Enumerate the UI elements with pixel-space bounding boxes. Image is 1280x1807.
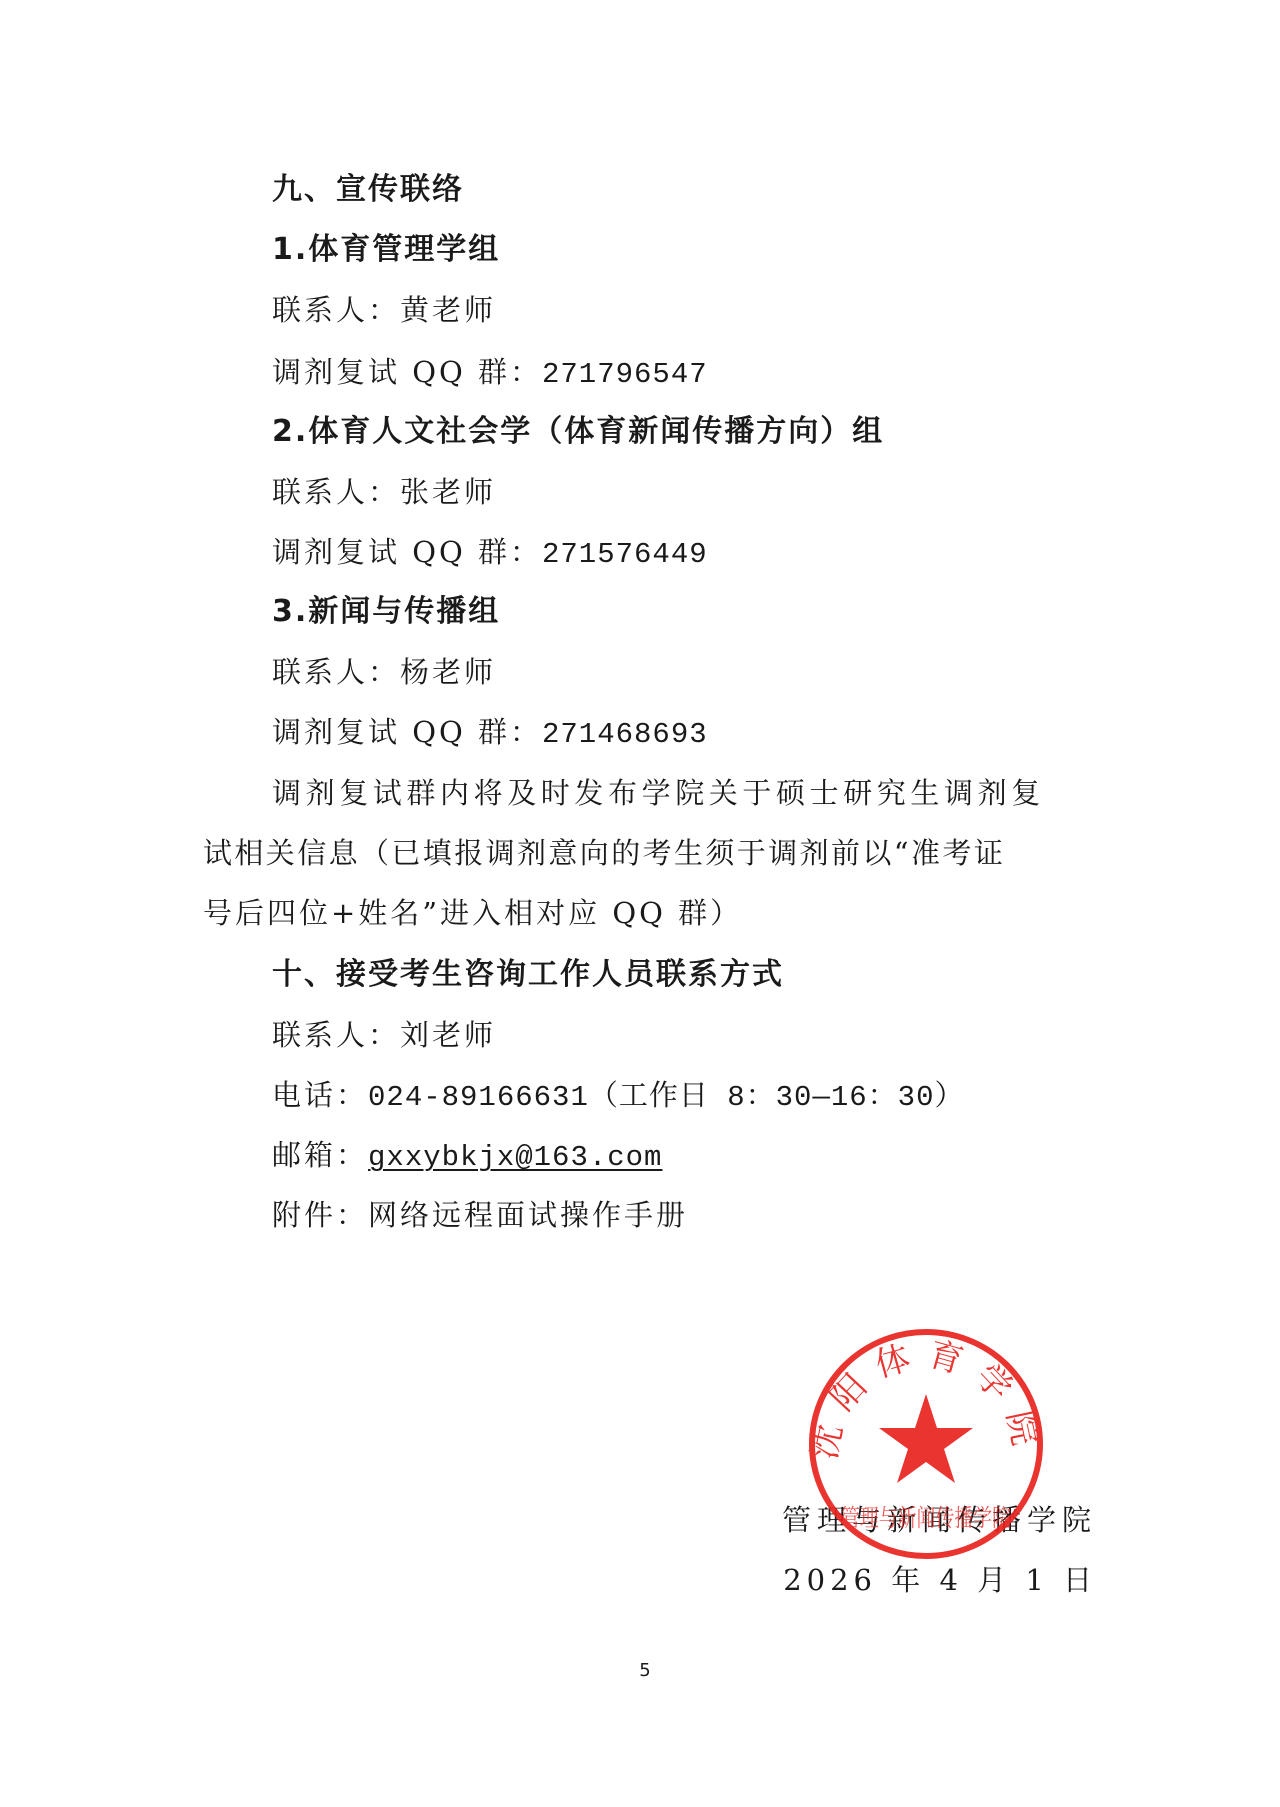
attachment-label: 附件： (272, 1198, 368, 1232)
email-label: 邮箱： (272, 1138, 368, 1172)
qq-label: 调剂复试 QQ 群： (272, 535, 542, 569)
consult-contact: 联系人：刘老师 (272, 1015, 496, 1055)
phone-label: 电话： (272, 1078, 368, 1112)
qq-number: 271576449 (542, 538, 708, 571)
signature-date: 2026 年 4 月 1 日 (783, 1560, 1097, 1600)
qq-number: 271468693 (542, 718, 708, 751)
group-3-heading: 3.新闻与传播组 (272, 592, 500, 632)
note-paragraph-line-1: 调剂复试群内将及时发布学院关于硕士研究生调剂复 (272, 773, 1045, 813)
note-paragraph-line-2: 试相关信息（已填报调剂意向的考生须于调剂前以“准考证 (203, 833, 1005, 873)
group-1-qq-row: 调剂复试 QQ 群：271796547 (272, 352, 708, 395)
group-3-contact: 联系人：杨老师 (272, 652, 496, 692)
phone-row: 电话：024-89166631（工作日 8：30—16：30） (272, 1075, 964, 1118)
phone-value: 024-89166631（工作日 8：30—16：30） (368, 1081, 964, 1114)
section-10-title: 十、接受考生咨询工作人员联系方式 (272, 955, 784, 995)
official-seal: 沈阳体育学院 管理与新闻传播学院 (806, 1326, 1046, 1562)
qq-label: 调剂复试 QQ 群： (272, 355, 542, 389)
attachment-row: 附件：网络远程面试操作手册 (272, 1195, 688, 1235)
document-page: 九、宣传联络 1.体育管理学组 联系人：黄老师 调剂复试 QQ 群：271796… (0, 0, 1280, 1807)
group-3-qq-row: 调剂复试 QQ 群：271468693 (272, 712, 708, 755)
page-number: 5 (0, 1660, 1280, 1681)
qq-number: 271796547 (542, 358, 708, 391)
seal-inner-text: 管理与新闻传播学院 (841, 1504, 1011, 1532)
group-2-contact: 联系人：张老师 (272, 472, 496, 512)
note-paragraph-line-3: 号后四位+姓名”进入相对应 QQ 群） (203, 893, 742, 933)
star-icon (879, 1394, 973, 1483)
group-1-heading: 1.体育管理学组 (272, 230, 500, 270)
group-2-heading: 2.体育人文社会学（体育新闻传播方向）组 (272, 412, 884, 452)
email-link[interactable]: gxxybkjx@163.com (368, 1141, 662, 1174)
qq-label: 调剂复试 QQ 群： (272, 715, 542, 749)
section-9-title: 九、宣传联络 (272, 170, 464, 210)
group-1-contact: 联系人：黄老师 (272, 290, 496, 330)
email-row: 邮箱：gxxybkjx@163.com (272, 1135, 662, 1178)
group-2-qq-row: 调剂复试 QQ 群：271576449 (272, 532, 708, 575)
attachment-name: 网络远程面试操作手册 (368, 1198, 688, 1232)
